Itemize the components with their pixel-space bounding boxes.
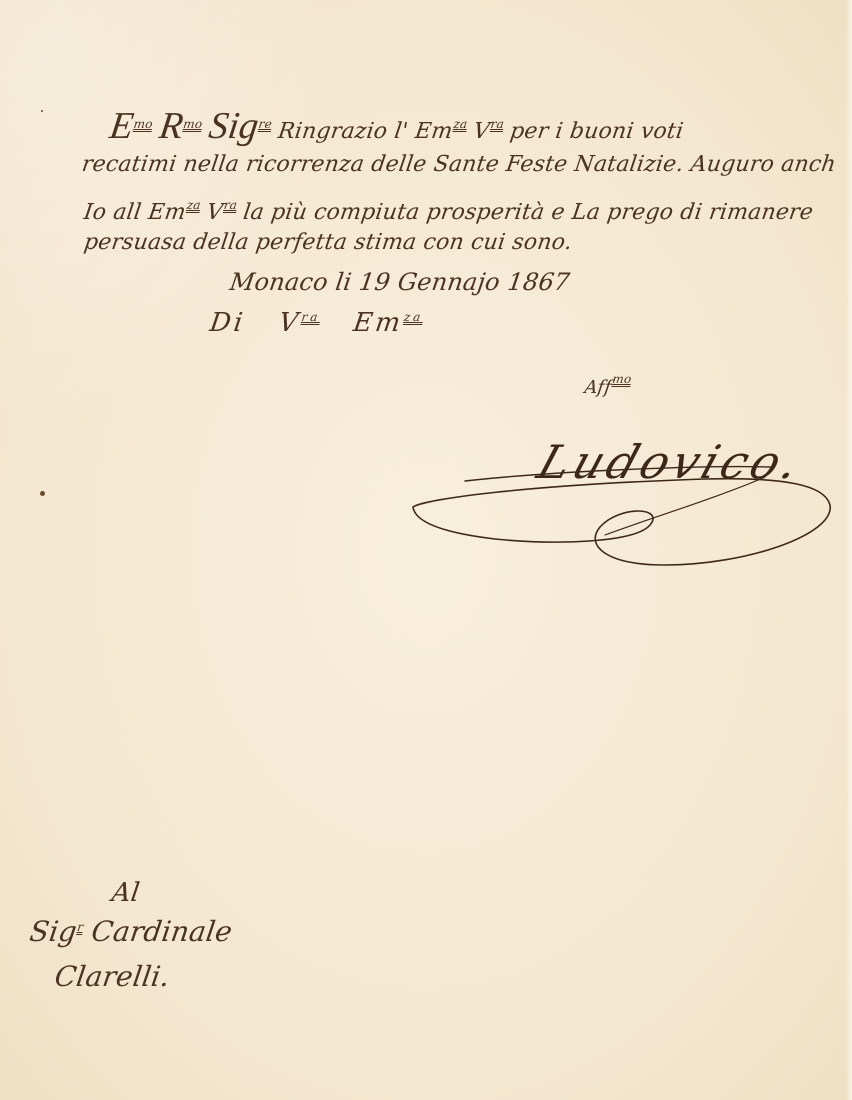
- place-date: Monaco li 19 Gennajo 1867: [228, 268, 572, 296]
- letter-page: Emo Rmo Sigre Ringrazio l' Emza Vra per …: [0, 0, 852, 1100]
- signature-name: Ludovico.: [531, 435, 810, 489]
- signature: Ludovico.: [405, 415, 845, 575]
- ink-speck: [41, 110, 43, 112]
- salutation-line: Emo Rmo Sigre Ringrazio l' Emza Vra per …: [107, 104, 687, 148]
- body-line-4: persuasa della perfetta stima con cui so…: [82, 230, 574, 255]
- address-line-1: Al: [110, 878, 142, 908]
- address-line-2: Sigr Cardinale: [28, 915, 235, 948]
- body-line-1: Ringrazio l' Emza Vra per i buoni voti: [276, 119, 685, 144]
- salutation-r: R: [157, 105, 186, 147]
- ink-speck: [40, 491, 45, 496]
- salutation-sig: Sig: [206, 105, 261, 147]
- complimentary-close: Affmo: [583, 372, 632, 398]
- address-line-3: Clarelli.: [53, 960, 172, 993]
- body-line-2: recatimi nella ricorrenza delle Sante Fe…: [80, 152, 837, 177]
- body-line-3: Io all Emza Vra la più compiuta prosperi…: [82, 198, 815, 225]
- closing-line: Di Vra Emza: [208, 308, 425, 338]
